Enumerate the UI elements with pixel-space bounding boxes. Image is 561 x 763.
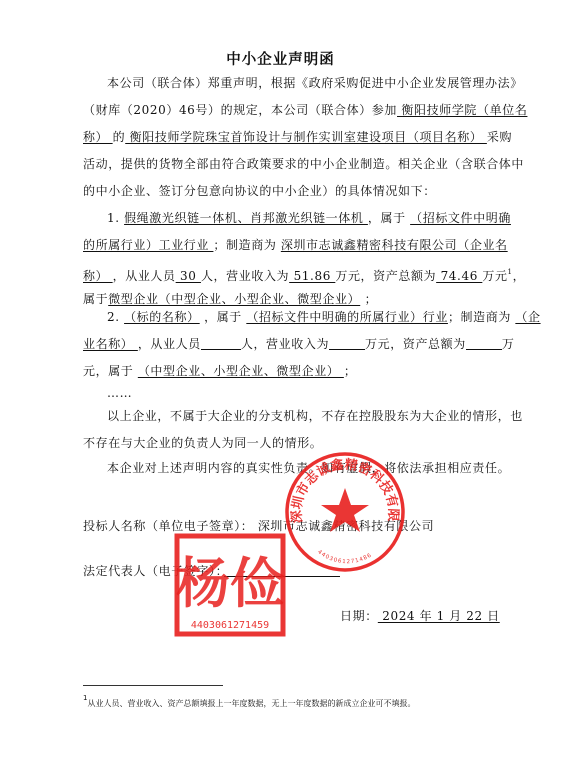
- closing-line-3: 本企业对上述声明内容的真实性负责。如有虚假，将依法承担相应责任。: [83, 460, 483, 476]
- date-value: 2024 年 1 月 22 日: [378, 609, 500, 623]
- item1-line-2: 的所属行业）工业行业 ；制造商为 深圳市志诚鑫精密科技有限公司（企业名: [83, 237, 483, 253]
- item2-assets-blank: [466, 337, 502, 350]
- project-name: 衡阳技师学院珠宝首饰设计与制作实训室建设项目（项目名称）: [125, 130, 487, 144]
- item1-enterprise-type: 微型企业（中型企业、小型企业、微型企业）: [108, 292, 360, 306]
- intro-line-1: 本公司（联合体）郑重声明，根据《政府采购促进中小企业发展管理办法》: [83, 75, 483, 91]
- bidder-line: 投标人名称（单位电子签章）： 深圳市志诚鑫精密科技有限公司: [83, 518, 483, 534]
- item2-staff-blank: [201, 337, 241, 350]
- item1-assets: 74.46: [436, 269, 482, 283]
- item1-manufacturer: 深圳市志诚鑫精密科技有限公司（企业名: [281, 238, 508, 252]
- intro-line-5: 的中小企业、签订分包意向协议的中小企业）的具体情况如下：: [83, 183, 483, 199]
- document-page: 中小企业声明函 本公司（联合体）郑重声明，根据《政府采购促进中小企业发展管理办法…: [0, 0, 561, 763]
- legal-rep-signature-line: [224, 576, 340, 577]
- item2-line-3: 元，属于 （中型企业、小型企业、微型企业） ；: [83, 363, 483, 379]
- item1-line-4: 属于微型企业（中型企业、小型企业、微型企业） ；: [83, 291, 483, 307]
- personal-seal-icon: 杨俭 4403061271459: [173, 532, 287, 642]
- document-title: 中小企业声明函: [0, 48, 561, 69]
- date-line: 日期： 2024 年 1 月 22 日: [340, 608, 500, 624]
- item2-line-2: 业名称） ，从业人员人，营业收入为万元，资产总额为万: [83, 336, 483, 352]
- item1-line-3: 称） ，从业人员 30 人，营业收入为 51.86 万元，资产总额为 74.46…: [83, 264, 483, 284]
- ellipsis: ……: [83, 385, 483, 401]
- item1-goods: 假绳激光织链一体机、肖邦激光织链一体机: [124, 211, 368, 225]
- svg-text:杨俭: 杨俭: [176, 551, 284, 615]
- purchaser-name: 衡阳技师学院（单位名: [397, 103, 527, 117]
- item2-line-1: 2. （标的名称） ，属于 （招标文件中明确的所属行业）行业；制造商为 （企: [83, 309, 483, 325]
- item2-revenue-blank: [329, 337, 365, 350]
- svg-text:4403061271459: 4403061271459: [191, 620, 269, 631]
- item1-line-1: 1. 假绳激光织链一体机、肖邦激光织链一体机 ，属于 （招标文件中明确: [83, 210, 483, 226]
- closing-line-1: 以上企业，不属于大企业的分支机构，不存在控股股东为大企业的情形，也: [83, 408, 483, 424]
- item1-industry: 的所属行业）工业行业: [83, 238, 213, 252]
- intro-line-4: 活动，提供的货物全部由符合政策要求的中小企业制造。相关企业（含联合体中: [83, 156, 483, 172]
- bidder-name: 深圳市志诚鑫精密科技有限公司: [253, 519, 434, 533]
- item1-staff: 30: [176, 269, 201, 283]
- footnote: 1从业人员、营业收入、资产总额填报上一年度数据，无上一年度数据的新成立企业可不填…: [83, 694, 415, 709]
- footnote-rule: [83, 685, 223, 686]
- item1-revenue: 51.86: [289, 269, 335, 283]
- closing-line-2: 不存在与大企业的负责人为同一人的情形。: [83, 435, 483, 451]
- intro-line-3: 称） 的 衡阳技师学院珠宝首饰设计与制作实训室建设项目（项目名称） 采购: [83, 129, 483, 145]
- intro-line-2: （财库（2020）46号）的规定，本公司（联合体）参加 衡阳技师学院（单位名: [83, 102, 483, 118]
